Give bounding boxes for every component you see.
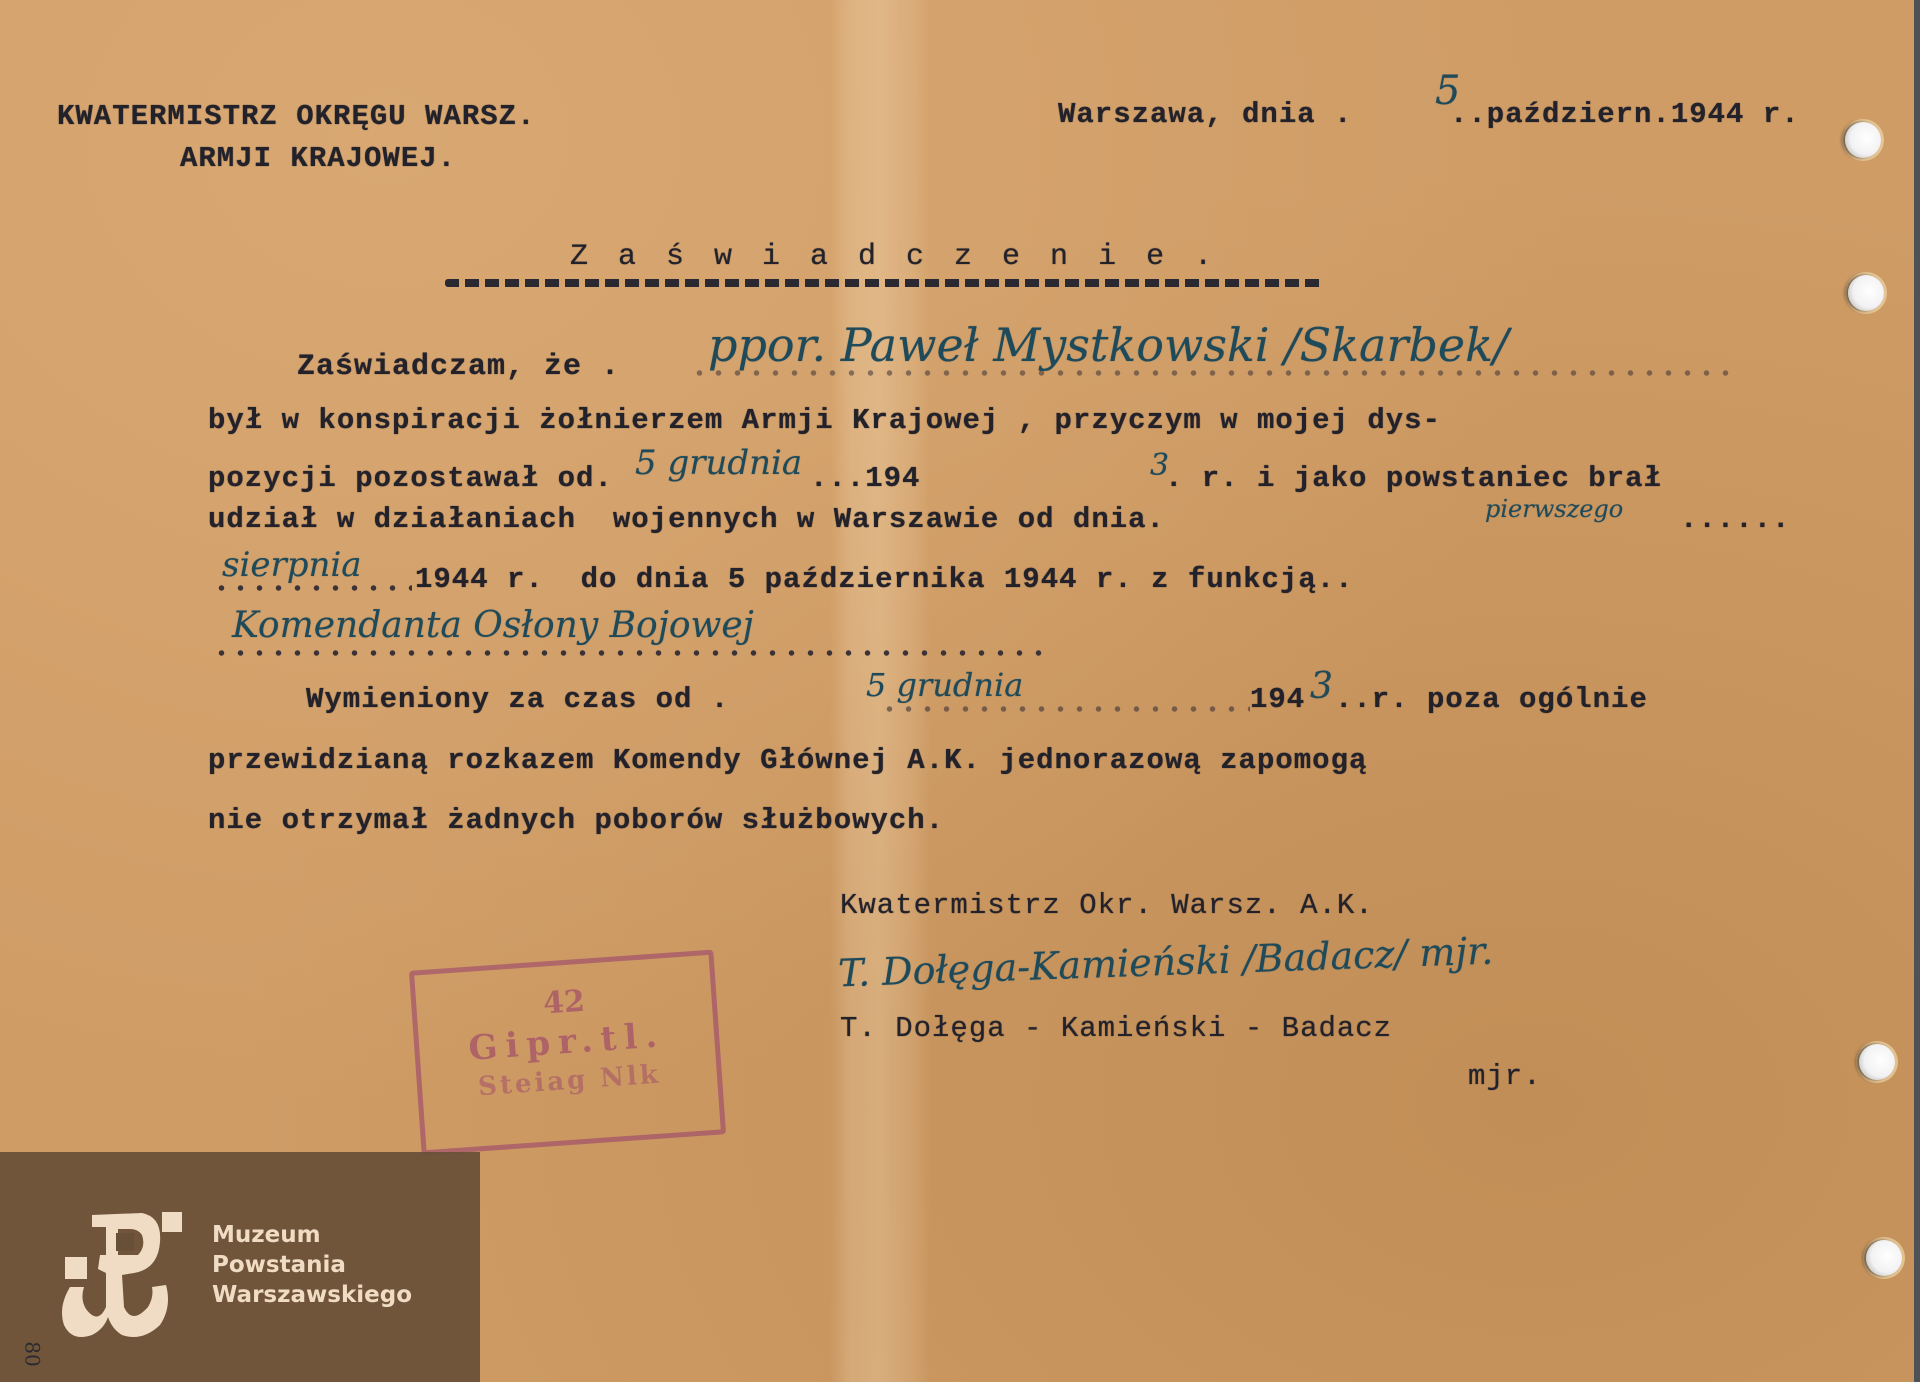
body-line-5-typed: 1944 r. do dnia 5 października 1944 r. z… xyxy=(415,563,1354,596)
fill-dots xyxy=(212,650,1042,656)
issuer-line-1: KWATERMISTRZ OKRĘGU WARSZ. xyxy=(57,100,535,133)
kotwica-anchor-icon xyxy=(62,1207,187,1342)
body-line-3-suffix: . r. i jako powstaniec brał xyxy=(1165,462,1662,495)
museum-name-line-3: Warszawskiego xyxy=(212,1280,412,1310)
body-line-4-suffix: ...... xyxy=(1680,503,1790,536)
para2-line-1-suffix: ..r. poza ogólnie xyxy=(1335,683,1648,716)
scan-edge xyxy=(1914,0,1920,1382)
start-month-handwritten: sierpnia xyxy=(222,545,362,585)
place-date-suffix: ..październ.1944 r. xyxy=(1450,98,1800,131)
signature-rank: mjr. xyxy=(1468,1060,1542,1093)
para2-line-3: nie otrzymał żadnych poborów służbowych. xyxy=(208,804,944,837)
fill-dots xyxy=(880,706,1250,712)
year-digit-handwritten: 3 xyxy=(1310,666,1333,707)
start-day-handwritten: pierwszego xyxy=(1485,495,1623,523)
museum-name-line-2: Powstania xyxy=(212,1250,412,1280)
body-line-3-prefix: pozycji pozostawał od. xyxy=(208,462,613,495)
body-line-3-year: ...194 xyxy=(810,462,920,495)
title-underline xyxy=(445,279,1325,287)
signature-role: Kwatermistrz Okr. Warsz. A.K. xyxy=(840,889,1374,922)
soldier-name-handwritten: ppor. Paweł Mystkowski /Skarbek/ xyxy=(708,318,1509,372)
archive-margin-note: 80 xyxy=(21,1341,45,1366)
body-line-2: był w konspiracji żołnierzem Armji Krajo… xyxy=(208,404,1441,437)
punch-hole-icon xyxy=(1859,1044,1895,1080)
signature-typed-name: T. Dołęga - Kamieński - Badacz xyxy=(840,1012,1392,1045)
body-line-4-prefix: udział w działaniach wojennych w Warszaw… xyxy=(208,503,1165,536)
document-title: Z a ś w i a d c z e n i e . xyxy=(570,240,1218,274)
para2-line-1-prefix: Wymieniony za czas od . xyxy=(306,683,729,716)
museum-name: Muzeum Powstania Warszawskiego xyxy=(212,1220,412,1310)
issuer-line-2: ARMJI KRAJOWEJ. xyxy=(180,142,456,175)
punch-hole-icon xyxy=(1866,1240,1902,1276)
museum-name-line-1: Muzeum xyxy=(212,1220,412,1250)
fill-dots xyxy=(212,585,412,591)
official-stamp: 42 Gipr.tl. Steiag Nlk xyxy=(409,950,726,1156)
punch-hole-icon xyxy=(1845,122,1881,158)
punch-hole-icon xyxy=(1848,275,1884,311)
service-start-date-handwritten: 5 grudnia xyxy=(635,443,802,483)
function-handwritten: Komendanta Osłony Bojowej xyxy=(232,605,754,646)
body-line-1-typed: Zaświadczam, że . xyxy=(297,350,620,384)
museum-watermark: Muzeum Powstania Warszawskiego 80 xyxy=(0,1152,480,1382)
para2-line-2: przewidzianą rozkazem Komendy Głównej A.… xyxy=(208,744,1367,777)
para2-year: 194 xyxy=(1250,683,1305,716)
place-date-prefix: Warszawa, dnia . xyxy=(1058,98,1352,131)
period-start-date-handwritten: 5 grudnia xyxy=(866,666,1023,704)
